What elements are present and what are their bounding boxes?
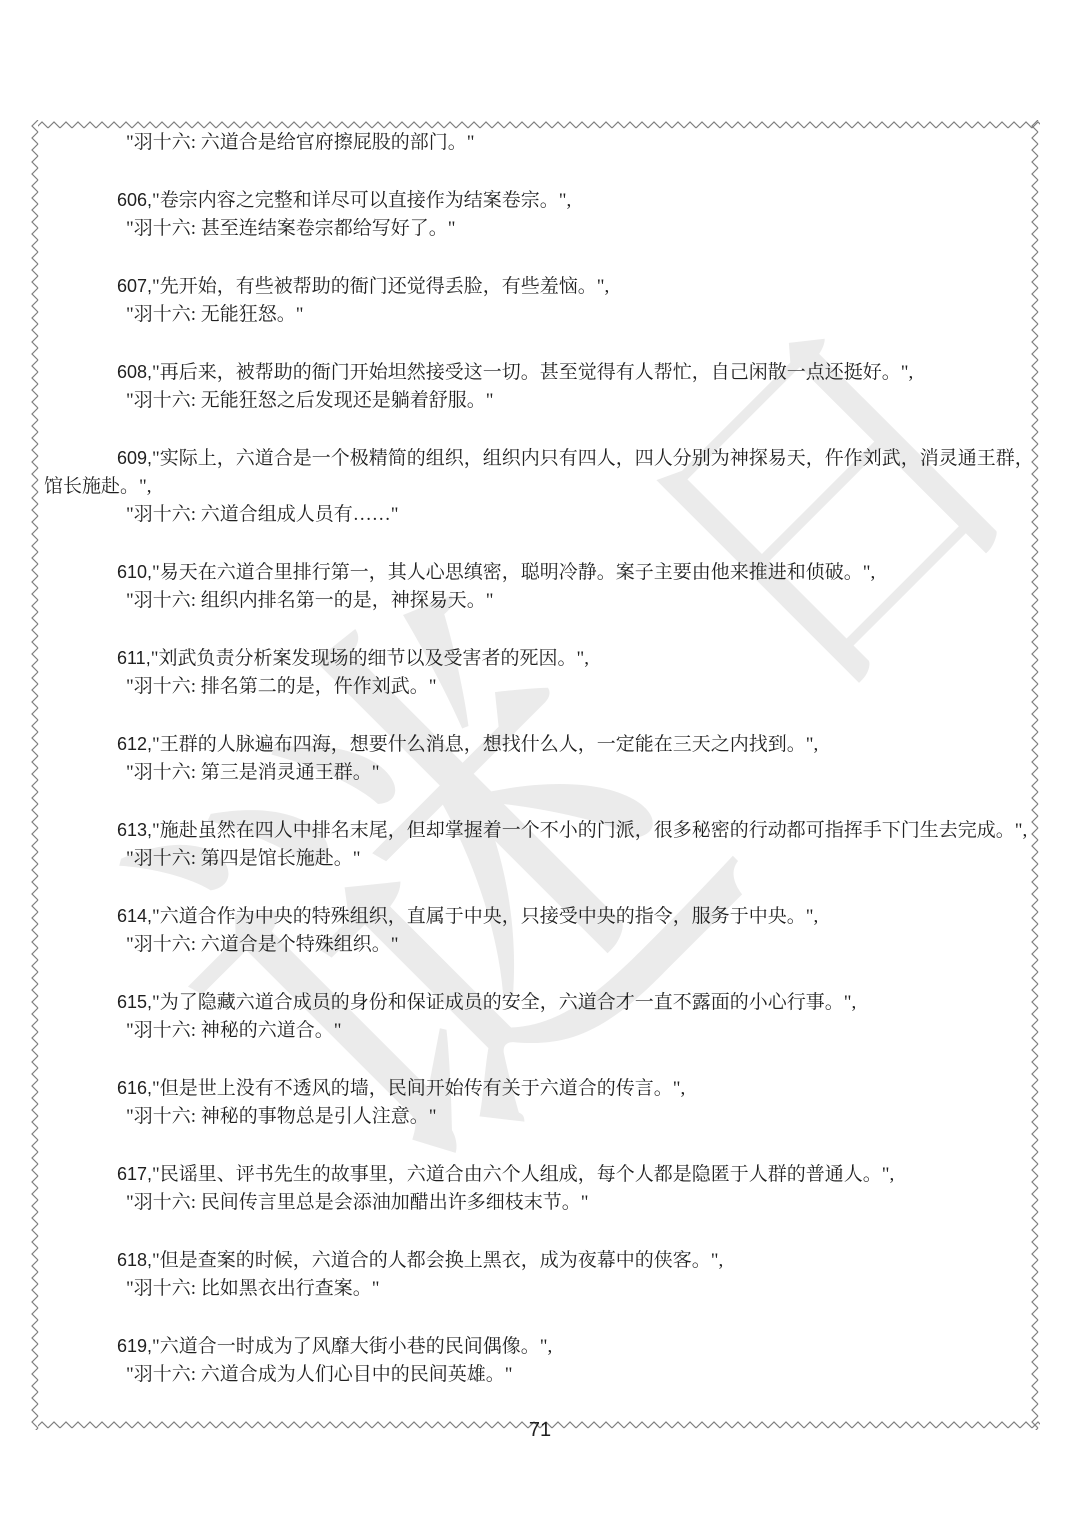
number-line: 614,"六道合作为中央的特殊组织，直属于中央，只接受中央的指令，服务于中央。"…	[44, 902, 1044, 931]
entry-607: 607,"先开始，有些被帮助的衙门还觉得丢脸，有些羞恼。", "羽十六: 无能狂…	[44, 272, 1044, 329]
entry-number: 606,	[117, 190, 152, 210]
quote-text: "但是查案的时候，六道合的人都会换上黑衣，成为夜幕中的侠客。",	[152, 1250, 723, 1271]
quote-text: "但是世上没有不透风的墙，民间开始传有关于六道合的传言。",	[152, 1078, 685, 1099]
number-line: 618,"但是查案的时候，六道合的人都会换上黑衣，成为夜幕中的侠客。",	[44, 1246, 1044, 1275]
entry-608: 608,"再后来，被帮助的衙门开始坦然接受这一切。甚至觉得有人帮忙，自己闲散一点…	[44, 358, 1044, 415]
entry-number: 608,	[117, 362, 152, 382]
entry-number: 619,	[117, 1336, 152, 1356]
reply-line: "羽十六: 民间传言里总是会添油加醋出许多细枝末节。"	[44, 1189, 1044, 1217]
quote-text: "六道合一时成为了风靡大街小巷的民间偶像。",	[152, 1336, 552, 1357]
entry-611: 611,"刘武负责分析案发现场的细节以及受害者的死因。", "羽十六: 排名第二…	[44, 644, 1044, 701]
reply-line: "羽十六: 无能狂怒。"	[44, 301, 1044, 329]
reply-text: "羽十六: 比如黑衣出行查案。"	[126, 1278, 380, 1299]
entry-615: 615,"为了隐藏六道合成员的身份和保证成员的安全，六道合才一直不露面的小心行事…	[44, 988, 1044, 1045]
reply-line: "羽十六: 无能狂怒之后发现还是躺着舒服。"	[44, 387, 1044, 415]
entry-intro: "羽十六: 六道合是给官府擦屁股的部门。"	[44, 129, 1044, 157]
quote-continuation-text: 馆长施赴。",	[44, 476, 152, 497]
number-line: 612,"王群的人脉遍布四海，想要什么消息，想找什么人，一定能在三天之内找到。"…	[44, 730, 1044, 759]
number-line: 615,"为了隐藏六道合成员的身份和保证成员的安全，六道合才一直不露面的小心行事…	[44, 988, 1044, 1017]
entry-number: 607,	[117, 276, 152, 296]
reply-text: "羽十六: 第四是馆长施赴。"	[126, 848, 361, 869]
continuation-line: 馆长施赴。",	[44, 473, 1044, 501]
number-line: 617,"民谣里、评书先生的故事里，六道合由六个人组成，每个人都是隐匿于人群的普…	[44, 1160, 1044, 1189]
number-line: 609,"实际上，六道合是一个极精简的组织，组织内只有四人，四人分别为神探易天，…	[44, 444, 1044, 473]
reply-line: "羽十六: 神秘的六道合。"	[44, 1017, 1044, 1045]
quote-text: "卷宗内容之完整和详尽可以直接作为结案卷宗。",	[152, 190, 571, 211]
quote-text: "先开始，有些被帮助的衙门还觉得丢脸，有些羞恼。",	[152, 276, 609, 297]
reply-line: "羽十六: 比如黑衣出行查案。"	[44, 1275, 1044, 1303]
entry-number: 611,	[117, 648, 151, 668]
entry-606: 606,"卷宗内容之完整和详尽可以直接作为结案卷宗。", "羽十六: 甚至连结案…	[44, 186, 1044, 243]
reply-text: "羽十六: 排名第二的是，仵作刘武。"	[126, 676, 437, 697]
reply-text: "羽十六: 甚至连结案卷宗都给写好了。"	[126, 218, 456, 239]
entry-number: 618,	[117, 1250, 152, 1270]
reply-line: "羽十六: 六道合成为人们心目中的民间英雄。"	[44, 1361, 1044, 1389]
number-line: 606,"卷宗内容之完整和详尽可以直接作为结案卷宗。",	[44, 186, 1044, 215]
reply-text: "羽十六: 六道合是个特殊组织。"	[126, 934, 399, 955]
entry-number: 612,	[117, 734, 152, 754]
page-content: "羽十六: 六道合是给官府擦屁股的部门。" 606,"卷宗内容之完整和详尽可以直…	[44, 129, 1044, 1389]
entry-618: 618,"但是查案的时候，六道合的人都会换上黑衣，成为夜幕中的侠客。", "羽十…	[44, 1246, 1044, 1303]
quote-text: "为了隐藏六道合成员的身份和保证成员的安全，六道合才一直不露面的小心行事。",	[152, 992, 856, 1013]
reply-line: "羽十六: 六道合组成人员有……"	[44, 501, 1044, 529]
reply-text: "羽十六: 六道合是给官府擦屁股的部门。"	[126, 132, 475, 153]
reply-text: "羽十六: 组织内排名第一的是，神探易天。"	[126, 590, 494, 611]
reply-line: "羽十六: 甚至连结案卷宗都给写好了。"	[44, 215, 1044, 243]
entry-614: 614,"六道合作为中央的特殊组织，直属于中央，只接受中央的指令，服务于中央。"…	[44, 902, 1044, 959]
entry-619: 619,"六道合一时成为了风靡大街小巷的民间偶像。", "羽十六: 六道合成为人…	[44, 1332, 1044, 1389]
entry-number: 610,	[117, 562, 152, 582]
quote-text: "实际上，六道合是一个极精简的组织，组织内只有四人，四人分别为神探易天，仵作刘武…	[152, 448, 1034, 469]
border-left	[30, 120, 40, 1430]
reply-text: "羽十六: 神秘的六道合。"	[126, 1020, 342, 1041]
reply-line: "羽十六: 第四是馆长施赴。"	[44, 845, 1044, 873]
reply-text: "羽十六: 六道合组成人员有……"	[126, 504, 399, 525]
quote-text: "刘武负责分析案发现场的细节以及受害者的死因。",	[151, 648, 589, 669]
reply-line: "羽十六: 组织内排名第一的是，神探易天。"	[44, 587, 1044, 615]
entry-number: 609,	[117, 448, 152, 468]
reply-line: "羽十六: 神秘的事物总是引人注意。"	[44, 1103, 1044, 1131]
reply-text: "羽十六: 神秘的事物总是引人注意。"	[126, 1106, 437, 1127]
entry-number: 615,	[117, 992, 152, 1012]
entry-617: 617,"民谣里、评书先生的故事里，六道合由六个人组成，每个人都是隐匿于人群的普…	[44, 1160, 1044, 1217]
entry-number: 613,	[117, 820, 152, 840]
reply-text: "羽十六: 民间传言里总是会添油加醋出许多细枝末节。"	[126, 1192, 589, 1213]
entry-610: 610,"易天在六道合里排行第一，其人心思缜密，聪明冷静。案子主要由他来推进和侦…	[44, 558, 1044, 615]
document-page: { "page": { "number": "71" }, "colors": …	[0, 0, 1080, 1528]
entry-612: 612,"王群的人脉遍布四海，想要什么消息，想找什么人，一定能在三天之内找到。"…	[44, 730, 1044, 787]
entry-609: 609,"实际上，六道合是一个极精简的组织，组织内只有四人，四人分别为神探易天，…	[44, 444, 1044, 529]
number-line: 610,"易天在六道合里排行第一，其人心思缜密，聪明冷静。案子主要由他来推进和侦…	[44, 558, 1044, 587]
quote-text: "民谣里、评书先生的故事里，六道合由六个人组成，每个人都是隐匿于人群的普通人。"…	[152, 1164, 894, 1185]
quote-text: "王群的人脉遍布四海，想要什么消息，想找什么人，一定能在三天之内找到。",	[152, 734, 818, 755]
quote-text: "再后来，被帮助的衙门开始坦然接受这一切。甚至觉得有人帮忙，自己闲散一点还挺好。…	[152, 362, 913, 383]
reply-line: "羽十六: 排名第二的是，仵作刘武。"	[44, 673, 1044, 701]
page-number: 71	[0, 1420, 1080, 1440]
quote-text: "六道合作为中央的特殊组织，直属于中央，只接受中央的指令，服务于中央。",	[152, 906, 818, 927]
quote-text: "易天在六道合里排行第一，其人心思缜密，聪明冷静。案子主要由他来推进和侦破。",	[152, 562, 875, 583]
reply-text: "羽十六: 无能狂怒之后发现还是躺着舒服。"	[126, 390, 494, 411]
reply-line: "羽十六: 六道合是给官府擦屁股的部门。"	[44, 129, 1044, 157]
entry-number: 614,	[117, 906, 152, 926]
reply-line: "羽十六: 六道合是个特殊组织。"	[44, 931, 1044, 959]
reply-text: "羽十六: 无能狂怒。"	[126, 304, 304, 325]
entry-number: 617,	[117, 1164, 152, 1184]
number-line: 619,"六道合一时成为了风靡大街小巷的民间偶像。",	[44, 1332, 1044, 1361]
number-line: 608,"再后来，被帮助的衙门开始坦然接受这一切。甚至觉得有人帮忙，自己闲散一点…	[44, 358, 1044, 387]
quote-text: "施赴虽然在四人中排名末尾，但却掌握着一个不小的门派，很多秘密的行动都可指挥手下…	[152, 820, 1027, 841]
reply-text: "羽十六: 第三是消灵通王群。"	[126, 762, 380, 783]
number-line: 607,"先开始，有些被帮助的衙门还觉得丢脸，有些羞恼。",	[44, 272, 1044, 301]
entry-number: 616,	[117, 1078, 152, 1098]
reply-text: "羽十六: 六道合成为人们心目中的民间英雄。"	[126, 1364, 513, 1385]
entry-613: 613,"施赴虽然在四人中排名末尾，但却掌握着一个不小的门派，很多秘密的行动都可…	[44, 816, 1044, 873]
number-line: 613,"施赴虽然在四人中排名末尾，但却掌握着一个不小的门派，很多秘密的行动都可…	[44, 816, 1044, 845]
number-line: 611,"刘武负责分析案发现场的细节以及受害者的死因。",	[44, 644, 1044, 673]
number-line: 616,"但是世上没有不透风的墙，民间开始传有关于六道合的传言。",	[44, 1074, 1044, 1103]
reply-line: "羽十六: 第三是消灵通王群。"	[44, 759, 1044, 787]
entry-616: 616,"但是世上没有不透风的墙，民间开始传有关于六道合的传言。", "羽十六:…	[44, 1074, 1044, 1131]
